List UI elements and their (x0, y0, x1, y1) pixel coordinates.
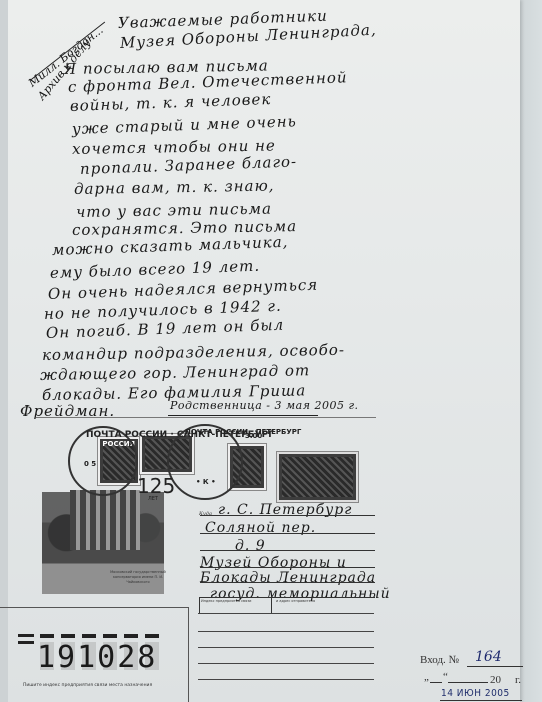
incoming-number: 164 (475, 649, 502, 665)
section-divider (36, 417, 376, 418)
received-date-stamp: 14 ИЮН 2005 (441, 688, 510, 699)
year-suffix: г. (515, 674, 521, 686)
month-line (448, 682, 488, 683)
page-left-edge (0, 0, 8, 702)
sender-line (198, 663, 374, 664)
sender-index-label: Индекс предприятия связи (201, 599, 251, 603)
anniversary-number: 125 (137, 474, 175, 498)
sender-line (198, 647, 374, 648)
postmark-2-mid: • К • (196, 478, 216, 486)
address-line: Блокады Ленинграда (200, 570, 376, 586)
postal-code-bar (145, 634, 159, 638)
day-line (430, 682, 442, 683)
envelope-picture (277, 452, 358, 502)
postmark-2-text: ПОЧТА РОССИИ · ПЕТЕРБУРГ (185, 428, 301, 436)
date-quote-open: „ (424, 671, 429, 683)
letter-line: дарна вам, т. к. знаю, (74, 177, 275, 198)
address-line: Музей Обороны и (200, 555, 347, 571)
sender-address-label: и адрес отправителя (276, 599, 315, 603)
address-line: д. 9 (235, 538, 266, 554)
signature-underline (168, 415, 318, 416)
postal-code-marker (18, 641, 34, 644)
postal-code-bar (124, 634, 138, 638)
address-rule (200, 550, 375, 551)
address-rule (200, 533, 375, 534)
postal-code-bar (61, 634, 75, 638)
postal-code-digits: 191028 (37, 640, 157, 675)
anniversary-unit: ЛЕТ (148, 496, 158, 502)
date-stamp-line (440, 700, 522, 701)
postal-code-marker (18, 634, 34, 637)
sender-line (198, 631, 374, 632)
address-rule (200, 582, 375, 583)
museum-caption: Московский государственный консерватория… (108, 570, 168, 585)
address-rule (200, 567, 375, 568)
sender-line (198, 679, 374, 680)
postal-code-bar (103, 634, 117, 638)
address-to-label: Куда (199, 511, 212, 517)
building-illustration (70, 490, 140, 550)
incoming-number-line (467, 666, 523, 667)
incoming-number-label: Вход. № (420, 654, 459, 666)
postal-code-caption: Пишите индекс предприятия связи места на… (23, 683, 152, 688)
sender-line (198, 613, 374, 614)
postal-code-bar (40, 634, 54, 638)
picture-image (282, 457, 353, 497)
year-prefix: 20 (490, 674, 501, 686)
postal-code-bar (82, 634, 96, 638)
address-rule (200, 515, 375, 516)
postmark-1-date: 0 5 (84, 460, 96, 468)
background-surface (520, 0, 542, 702)
signature: Родственница - 3 мая 2005 г. (170, 399, 359, 412)
